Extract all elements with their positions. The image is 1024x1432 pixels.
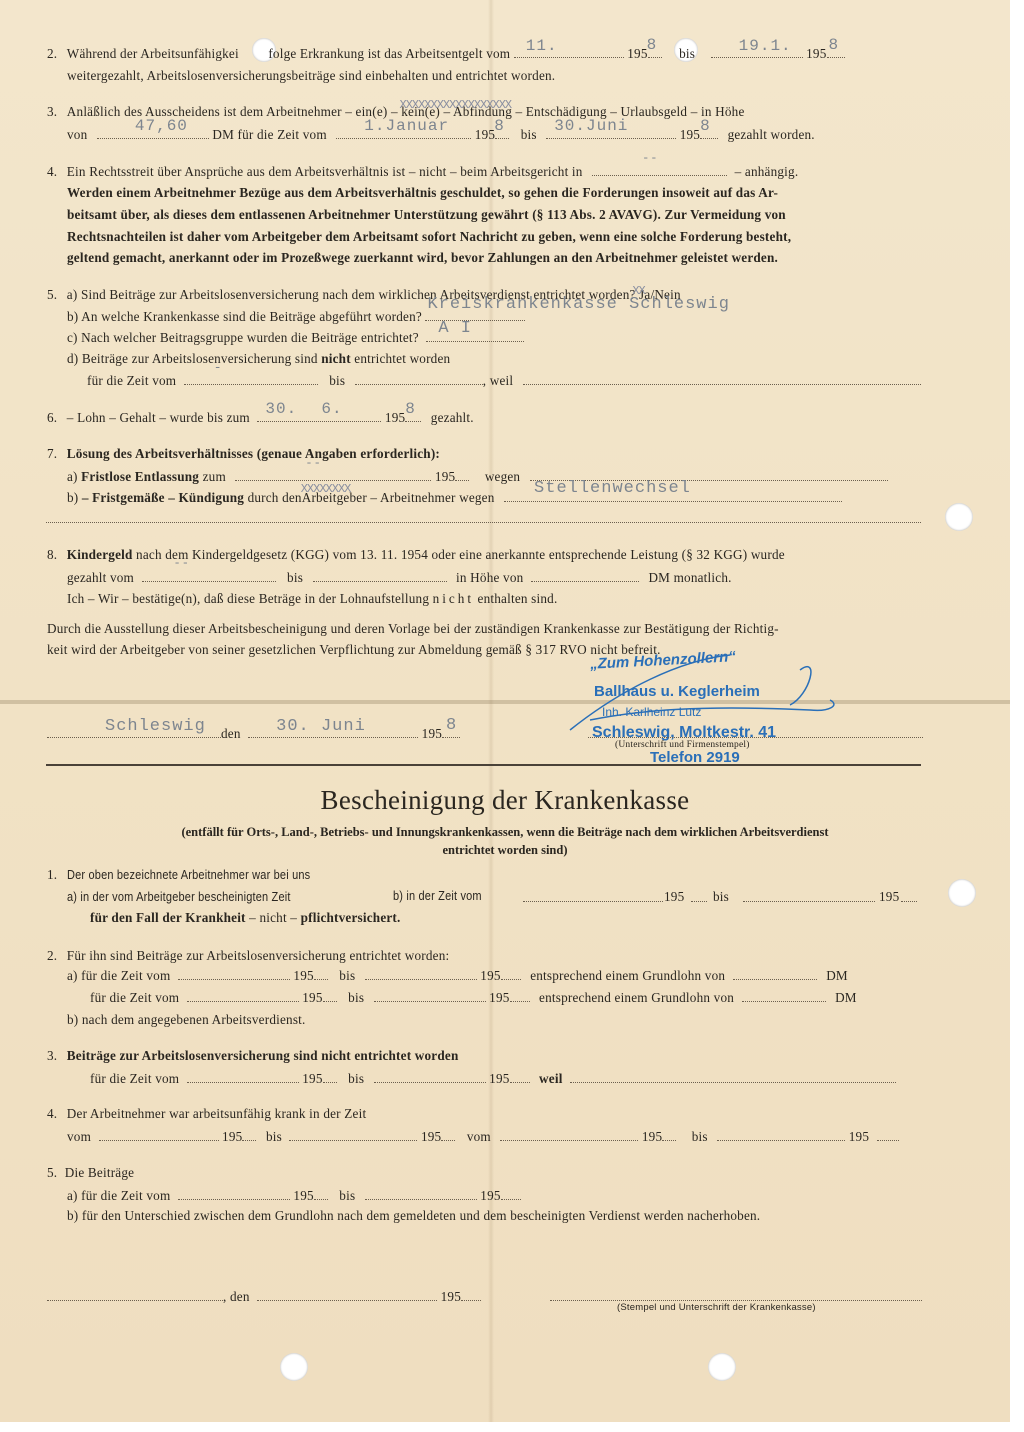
year-prefix: 195 <box>441 1289 461 1304</box>
item-4-notice: beitsamt über, als dieses dem entlassene… <box>67 207 786 223</box>
item-number: 4. <box>47 164 57 179</box>
kk-item-4-text: Der Arbeitnehmer war arbeitsunfähig kran… <box>67 1106 367 1121</box>
year-prefix: 195 <box>421 1129 441 1144</box>
item-4-notice: Werden einem Arbeitnehmer Bezüge aus dem… <box>67 185 778 201</box>
field-kk-3-to-year[interactable] <box>510 1070 530 1083</box>
field-kindergeld-from[interactable]: -- <box>142 569 276 582</box>
item-7a-bold: Fristlose Entlassung <box>81 469 199 484</box>
kk-item-5b: b) für den Unterschied zwischen dem Grun… <box>67 1208 760 1224</box>
year-prefix: 195 <box>642 1129 662 1144</box>
item-7-title-text: Lösung des Arbeitsverhältnisses (genaue … <box>67 446 440 461</box>
item-label: b) <box>67 490 78 505</box>
typed-value: -- <box>174 556 190 570</box>
label-bis: bis <box>521 127 537 142</box>
field-kk-5-from[interactable] <box>178 1187 290 1200</box>
item-8-text: enthalten sind. <box>478 591 558 606</box>
item-number: 8. <box>47 547 57 562</box>
typed-value: 30. <box>265 400 297 418</box>
field-labor-court[interactable]: -- <box>592 163 727 176</box>
kk-footer-place-date: , den 195 <box>47 1288 481 1305</box>
label-vom: vom <box>67 1129 91 1144</box>
field-kk-2-to-year-1[interactable] <box>501 967 521 980</box>
item-7b-text: Arbeitnehmer wegen <box>380 490 495 505</box>
label-bis: bis <box>348 990 364 1005</box>
year-prefix: 195 <box>302 990 322 1005</box>
field-kk-1-to[interactable] <box>743 889 875 902</box>
item-5b-text: b) An welche Krankenkasse sind die Beitr… <box>67 309 422 324</box>
year-prefix: 195 <box>480 968 500 983</box>
year-prefix: 195 <box>385 410 405 425</box>
item-5d-text-bold: nicht <box>321 351 351 366</box>
year-prefix: 195 <box>302 1071 322 1086</box>
field-kk-1-from-year[interactable] <box>691 889 707 902</box>
field-beitragsgruppe[interactable]: A I <box>426 329 524 342</box>
item-8-text: nach dem Kindergeldgesetz (KGG) vom 13. … <box>136 547 785 562</box>
field-kk-1-to-year[interactable] <box>901 889 917 902</box>
year-prefix: 195 <box>480 1188 500 1203</box>
kk-item-1-status: für den Fall der Krankheit – nicht – pfl… <box>90 910 401 926</box>
kk-item-3-period: für die Zeit vom 195 bis 195 weil <box>90 1070 896 1087</box>
field-kk-4-from-2[interactable] <box>500 1128 638 1141</box>
kk-item-2-text: entsprechend einem Grundlohn von <box>530 968 725 983</box>
year-prefix: 195 <box>879 889 899 905</box>
field-salary-paid-until[interactable]: 30.6. <box>257 409 381 422</box>
punch-hole-icon <box>280 1353 308 1381</box>
field-termination-reason[interactable]: Stellenwechsel <box>504 489 842 502</box>
item-6-text: gezahlt. <box>431 410 474 425</box>
typed-value: 6. <box>321 400 342 418</box>
item-7b: b) – Fristgemäße – Kündigung durch denAr… <box>67 489 842 506</box>
punch-hole-icon <box>948 879 976 907</box>
signature-icon <box>560 650 860 740</box>
item-number: 3. <box>47 1048 57 1063</box>
kk-item-1-text: Der oben bezeichnete Arbeitnehmer war be… <box>67 868 310 882</box>
kk-item-2a-row-1: a) für die Zeit vom 195 bis 195 entsprec… <box>67 967 848 984</box>
kk-item-2-text: entsprechend einem Grundlohn von <box>539 990 734 1005</box>
kk-item-1-text: – nicht – <box>249 910 297 925</box>
typed-value: 8 <box>446 716 457 735</box>
typed-strikeout: XXXXXXXXXXXXXXXXXX <box>400 98 512 112</box>
field-kk-4-to-year-1[interactable] <box>441 1128 455 1141</box>
year-prefix: 195 <box>422 726 442 741</box>
field-kk-5-from-year[interactable] <box>314 1187 328 1200</box>
typed-value: -- <box>305 456 321 470</box>
label-bis: bis <box>266 1129 282 1144</box>
kk-item-5-text: a) für die Zeit vom <box>67 1188 170 1203</box>
field-kk-4-to-1[interactable] <box>289 1128 417 1141</box>
field-kk-3-from-year[interactable] <box>323 1070 337 1083</box>
kk-item-5-text: Die Beiträge <box>65 1165 134 1180</box>
field-kk-1-from[interactable] <box>523 889 663 902</box>
closing-text: Durch die Ausstellung dieser Arbeitsbesc… <box>47 621 779 637</box>
kk-option-bescheinigte-zeit[interactable]: a) in der vom Arbeitgeber bescheinigten … <box>67 890 331 904</box>
field-kk-2-to-1[interactable] <box>365 967 477 980</box>
item-8-bold: Kindergeld <box>67 547 133 562</box>
typed-value: - <box>214 360 223 375</box>
field-kk-3-reason[interactable] <box>570 1070 896 1083</box>
typed-value: 1.Januar <box>364 117 449 135</box>
item-5d-text: entrichtet worden <box>354 351 450 366</box>
item-number: 2. <box>47 46 57 61</box>
kk-item-2-text: a) für die Zeit vom <box>67 968 170 983</box>
year-prefix: 195 <box>680 127 700 142</box>
label-bis: bis <box>329 373 345 388</box>
field-kk-2-to-2[interactable] <box>374 989 486 1002</box>
typed-value: 8 <box>405 400 416 418</box>
item-5d: d) Beiträge zur Arbeitslosenversicherung… <box>67 351 450 367</box>
kk-item-2-text: Für ihn sind Beiträge zur Arbeitslosenve… <box>67 948 450 963</box>
item-8-text: DM monatlich. <box>648 570 731 585</box>
field-kk-place[interactable] <box>47 1288 223 1301</box>
field-kk-2-from-year-2[interactable] <box>323 989 337 1002</box>
label-zum: zum <box>203 469 226 484</box>
year-prefix: 195 <box>293 1188 313 1203</box>
field-dismissal-year[interactable] <box>455 468 469 481</box>
year-prefix: 195 <box>489 1071 509 1086</box>
field-kindergeld-amount[interactable] <box>531 569 639 582</box>
kk-item-2a-row-2: für die Zeit vom 195 bis 195 entsprechen… <box>90 989 857 1006</box>
item-number: 5. <box>47 287 57 302</box>
typed-value: 8 <box>647 36 658 54</box>
field-not-paid-from[interactable]: - <box>184 372 318 385</box>
item-number: 7. <box>47 446 57 461</box>
label-bis: bis <box>692 1129 708 1144</box>
label-bis: bis <box>287 570 303 585</box>
item-8-text-spaced: nicht <box>433 591 474 606</box>
field-kindergeld-to[interactable] <box>313 569 447 582</box>
item-2-line-2: weitergezahlt, Arbeitslosenversicherungs… <box>67 68 555 84</box>
field-kk-year[interactable] <box>461 1288 481 1301</box>
field-place[interactable]: Schleswig <box>47 725 221 738</box>
field-kk-4-from-1[interactable] <box>99 1128 219 1141</box>
field-salary-year[interactable]: 8 <box>405 409 421 422</box>
field-kk-3-to[interactable] <box>374 1070 486 1083</box>
item-6: 6. – Lohn – Gehalt – wurde bis zum 30.6.… <box>47 409 474 426</box>
label-bis: bis <box>339 1188 355 1203</box>
field-kk-5-to-year[interactable] <box>501 1187 521 1200</box>
field-kk-2-to-year-2[interactable] <box>510 989 530 1002</box>
item-7b-bold: – Fristgemäße – Kündigung <box>82 490 244 505</box>
label-dm: DM <box>835 990 857 1005</box>
year-prefix: 195 <box>664 889 684 905</box>
field-kk-grundlohn-1[interactable] <box>733 967 817 980</box>
item-8-text: gezahlt vom <box>67 570 134 585</box>
kk-signature-label: (Stempel und Unterschrift der Krankenkas… <box>617 1302 816 1313</box>
item-number: 1. <box>47 867 57 882</box>
label-bis: bis <box>348 1071 364 1086</box>
item-8-text: in Höhe von <box>456 570 523 585</box>
typed-value: -- <box>642 151 658 165</box>
typed-value: Kreiskrankenkasse Schleswig <box>427 295 729 314</box>
document-page: 2. Während der Arbeitsunfähigkei folge E… <box>0 0 1010 1422</box>
typed-value: 30. Juni <box>276 717 366 736</box>
item-2-text: folge Erkrankung ist das Arbeitsentgelt … <box>268 46 510 61</box>
kk-item-5a: a) für die Zeit vom 195 bis 195 <box>67 1187 521 1204</box>
field-payment-from-year[interactable]: 8 <box>495 126 509 139</box>
item-4-notice: geltend gemacht, anerkannt oder im Proze… <box>67 250 778 266</box>
section-subtitle: (entfällt für Orts-, Land-, Betriebs- un… <box>0 823 1010 841</box>
item-number: 2. <box>47 948 57 963</box>
item-8-line-2: gezahlt vom -- bis in Höhe von DM monatl… <box>67 569 732 586</box>
label-bis: bis <box>339 968 355 983</box>
punch-hole-icon <box>945 503 973 531</box>
typed-value: A I <box>438 319 472 338</box>
year-prefix: 195 <box>435 469 455 484</box>
year-prefix: 195 <box>489 990 509 1005</box>
kk-item-3-text: für die Zeit vom <box>90 1071 179 1086</box>
item-8-text: Ich – Wir – bestätige(n), daß diese Betr… <box>67 591 429 606</box>
item-number: 6. <box>47 410 57 425</box>
label-bis: bis <box>679 46 695 61</box>
item-4-text: – anhängig. <box>735 164 799 179</box>
field-kk-3-from[interactable] <box>187 1070 299 1083</box>
field-not-paid-reason[interactable] <box>523 372 921 385</box>
field-kk-5-to[interactable] <box>365 1187 477 1200</box>
field-kk-2-from-1[interactable] <box>178 967 290 980</box>
field-payment-from[interactable]: 1.Januar <box>336 126 471 139</box>
label-wegen: wegen <box>485 469 520 484</box>
item-3-text: DM für die Zeit vom <box>212 127 326 142</box>
item-5d-period: für die Zeit vom - bis , weil <box>87 372 921 389</box>
item-5c-text: c) Nach welcher Beitragsgruppe wurden di… <box>67 330 419 345</box>
item-8-line-1: 8. Kindergeld nach dem Kindergeldgesetz … <box>47 547 785 563</box>
punch-hole-icon <box>708 1353 736 1381</box>
field-kk-2-from-year-1[interactable] <box>314 967 328 980</box>
typed-strikeout: XXXXXXXX <box>301 482 351 496</box>
label-von: von <box>67 127 87 142</box>
section-title: Bescheinigung der Krankenkasse <box>0 785 1010 816</box>
year-prefix: 195 <box>222 1129 242 1144</box>
item-label: a) <box>67 469 78 484</box>
field-sick-pay-to-year[interactable]: 8 <box>827 45 845 58</box>
field-kk-2-from-2[interactable] <box>187 989 299 1002</box>
label-vom: vom <box>467 1129 491 1144</box>
year-prefix: 195 <box>627 46 647 61</box>
year-prefix: 195 <box>293 968 313 983</box>
field-kk-signature[interactable] <box>550 1300 922 1301</box>
section-divider <box>46 764 921 766</box>
typed-value: 8 <box>494 117 505 135</box>
kk-item-3: 3. Beiträge zur Arbeitslosenversicherung… <box>47 1048 459 1064</box>
item-5d-text: für die Zeit vom <box>87 373 176 388</box>
field-sick-pay-to[interactable]: 19.1. <box>711 45 803 58</box>
field-extra-line[interactable] <box>46 522 921 523</box>
option-arbeitgeber[interactable]: Arbeitgeber –XXXXXXXX <box>302 490 377 505</box>
label-dm: DM <box>826 968 848 983</box>
kk-item-1-options: a) in der vom Arbeitgeber bescheinigten … <box>67 889 367 905</box>
item-4-line-1: 4. Ein Rechtsstreit über Ansprüche aus d… <box>47 163 798 180</box>
kk-item-2-text: für die Zeit vom <box>90 990 179 1005</box>
item-6-text: – Lohn – Gehalt – wurde bis zum <box>67 410 250 425</box>
field-date-year[interactable]: 8 <box>442 725 460 738</box>
item-5c: c) Nach welcher Beitragsgruppe wurden di… <box>67 329 524 346</box>
field-kk-date[interactable] <box>257 1288 437 1301</box>
year-prefix: 195 <box>806 46 826 61</box>
item-4-notice: Rechtsnachteilen ist daher vom Arbeitgeb… <box>67 229 791 245</box>
typed-value: 8 <box>829 36 840 54</box>
kk-item-4-periods: vom 195 bis 195 vom 195 bis 195 <box>67 1128 899 1145</box>
field-payment-to[interactable]: 30.Juni <box>546 126 676 139</box>
typed-value: Stellenwechsel <box>534 479 691 498</box>
label-den: den <box>221 726 241 741</box>
typed-value: 47,60 <box>135 117 188 135</box>
field-kk-4-from-year-1[interactable] <box>242 1128 256 1141</box>
item-7-title: 7. Lösung des Arbeitsverhältnisses (gena… <box>47 446 440 462</box>
label-weil: weil <box>539 1071 563 1086</box>
field-dismissal-date[interactable]: -- <box>235 468 431 481</box>
typed-value: 19.1. <box>739 37 792 55</box>
kk-item-1-bold: für den Fall der Krankheit <box>90 910 246 925</box>
kk-item-1: 1. Der oben bezeichnete Arbeitnehmer war… <box>47 867 343 883</box>
item-7a: a) Fristlose Entlassung zum -- 195 wegen <box>67 468 888 485</box>
label-weil: , weil <box>483 373 514 388</box>
field-date[interactable]: 30. Juni <box>248 725 418 738</box>
field-kk-grundlohn-2[interactable] <box>742 989 826 1002</box>
item-7b-text: durch den <box>248 490 302 505</box>
item-number: 3. <box>47 104 57 119</box>
signature-label: (Unterschrift und Firmenstempel) <box>615 740 750 750</box>
kk-item-3-bold: Beiträge zur Arbeitslosenversicherung si… <box>67 1048 459 1063</box>
item-5d-text: d) Beiträge zur Arbeitslosenversicherung… <box>67 351 318 366</box>
year-prefix: 195 <box>849 1129 869 1144</box>
label-bis: bis <box>713 889 729 905</box>
field-employer-signature[interactable] <box>588 737 923 738</box>
item-3-line-2: von 47,60 DM für die Zeit vom 1.Januar 1… <box>67 126 815 143</box>
field-payment-amount[interactable]: 47,60 <box>97 126 209 139</box>
field-kk-4-to-2[interactable] <box>717 1128 845 1141</box>
field-sick-pay-from[interactable]: 11. <box>514 45 624 58</box>
kk-item-5: 5. Die Beiträge <box>47 1165 134 1181</box>
field-not-paid-to[interactable] <box>355 372 483 385</box>
item-8-line-3: Ich – Wir – bestätige(n), daß diese Betr… <box>67 591 557 607</box>
field-payment-to-year[interactable]: 8 <box>700 126 718 139</box>
item-3-text: gezahlt worden. <box>728 127 815 142</box>
kk-item-2: 2. Für ihn sind Beiträge zur Arbeitslose… <box>47 948 449 964</box>
item-number: 5. <box>47 1165 57 1180</box>
section-subtitle: entrichtet worden sind) <box>0 841 1010 859</box>
typed-value: 8 <box>700 117 711 135</box>
kk-option-zeit-vom[interactable]: b) in der Zeit vom <box>393 889 503 903</box>
label-den: , den <box>223 1289 250 1304</box>
typed-value: 30.Juni <box>554 117 628 135</box>
field-sick-pay-from-year[interactable]: 8 <box>648 45 662 58</box>
field-kk-4-from-year-2[interactable] <box>662 1128 676 1141</box>
item-4-text: Ein Rechtsstreit über Ansprüche aus dem … <box>67 164 583 179</box>
kk-item-2b[interactable]: b) nach dem angegebenen Arbeitsverdienst… <box>67 1012 306 1028</box>
typed-value: Schleswig <box>105 717 206 736</box>
item-2-text: Während der Arbeitsunfähigkei <box>67 46 239 61</box>
field-kk-4-to-year-2[interactable] <box>877 1128 899 1141</box>
employer-place-date: Schleswigden 30. Juni 1958 <box>47 725 460 742</box>
item-2-line-1: 2. Während der Arbeitsunfähigkei folge E… <box>47 45 845 62</box>
kk-item-1-bold: pflichtversichert. <box>301 910 401 925</box>
item-number: 4. <box>47 1106 57 1121</box>
year-prefix: 195 <box>475 127 495 142</box>
kk-item-4: 4. Der Arbeitnehmer war arbeitsunfähig k… <box>47 1106 366 1122</box>
typed-value: 11. <box>526 37 558 55</box>
